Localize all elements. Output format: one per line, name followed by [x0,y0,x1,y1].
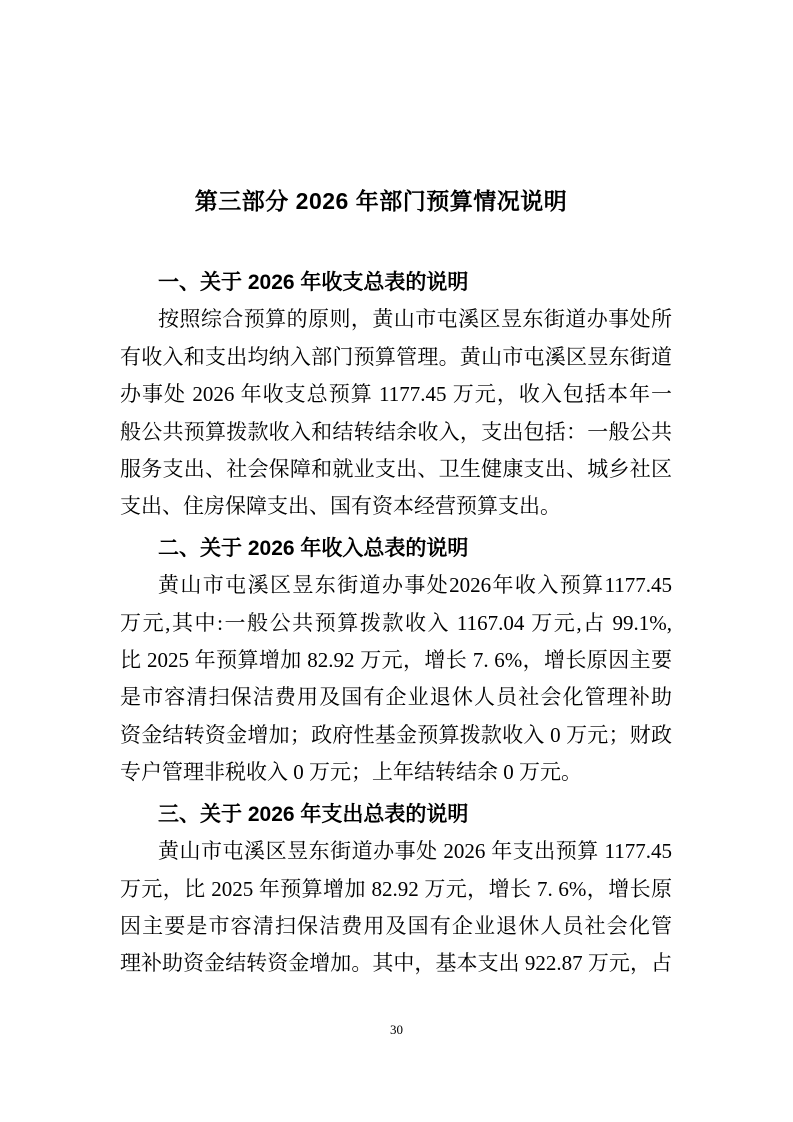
section-paragraph: 黄山市屯溪区昱东街道办事处 2026 年支出预算 1177.45 万元，比 20… [120,833,672,983]
document-content: 第三部分 2026 年部门预算情况说明 一、关于 2026 年收支总表的说明 按… [120,182,672,987]
paragraph-line: 因主要是市容清扫保洁费用及国有企业退休人员社会化管 [120,908,672,945]
section-heading: 三、关于 2026 年支出总表的说明 [120,796,672,833]
section-paragraph: 黄山市屯溪区昱东街道办事处2026年收入预算1177.45 万元,其中:一般公共… [120,567,672,791]
page-number: 30 [0,1022,793,1038]
page-title: 第三部分 2026 年部门预算情况说明 [120,182,642,220]
paragraph-line: 理补助资金结转资金增加。其中，基本支出 922.87 万元，占 [120,945,672,982]
paragraph-line: 般公共预算拨款收入和结转结余收入，支出包括：一般公共 [120,414,672,451]
section-income-expense-summary: 一、关于 2026 年收支总表的说明 按照综合预算的原则，黄山市屯溪区昱东街道办… [120,264,672,526]
section-income-summary: 二、关于 2026 年收入总表的说明 黄山市屯溪区昱东街道办事处2026年收入预… [120,530,672,792]
paragraph-line: 专户管理非税收入 0 万元；上年结转结余 0 万元。 [120,754,672,791]
section-heading: 一、关于 2026 年收支总表的说明 [120,264,672,301]
section-heading: 二、关于 2026 年收入总表的说明 [120,530,672,567]
paragraph-line: 服务支出、社会保障和就业支出、卫生健康支出、城乡社区 [120,451,672,488]
paragraph-line: 是市容清扫保洁费用及国有企业退休人员社会化管理补助 [120,679,672,716]
paragraph-line: 资金结转资金增加；政府性基金预算拨款收入 0 万元；财政 [120,717,672,754]
paragraph-line: 支出、住房保障支出、国有资本经营预算支出。 [120,488,672,525]
paragraph-line: 有收入和支出均纳入部门预算管理。黄山市屯溪区昱东街道 [120,339,672,376]
section-expenditure-summary: 三、关于 2026 年支出总表的说明 黄山市屯溪区昱东街道办事处 2026 年支… [120,796,672,983]
paragraph-line: 万元，比 2025 年预算增加 82.92 万元，增长 7. 6%，增长原 [120,871,672,908]
paragraph-line: 按照综合预算的原则，黄山市屯溪区昱东街道办事处所 [120,301,672,338]
paragraph-line: 黄山市屯溪区昱东街道办事处2026年收入预算1177.45 [120,567,672,604]
document-page: 第三部分 2026 年部门预算情况说明 一、关于 2026 年收支总表的说明 按… [0,0,793,1122]
paragraph-line: 黄山市屯溪区昱东街道办事处 2026 年支出预算 1177.45 [120,833,672,870]
paragraph-line: 比 2025 年预算增加 82.92 万元，增长 7. 6%，增长原因主要 [120,642,672,679]
paragraph-line: 万元,其中:一般公共预算拨款收入 1167.04 万元,占 99.1%, [120,605,672,642]
paragraph-line: 办事处 2026 年收支总预算 1177.45 万元，收入包括本年一 [120,376,672,413]
section-paragraph: 按照综合预算的原则，黄山市屯溪区昱东街道办事处所 有收入和支出均纳入部门预算管理… [120,301,672,525]
